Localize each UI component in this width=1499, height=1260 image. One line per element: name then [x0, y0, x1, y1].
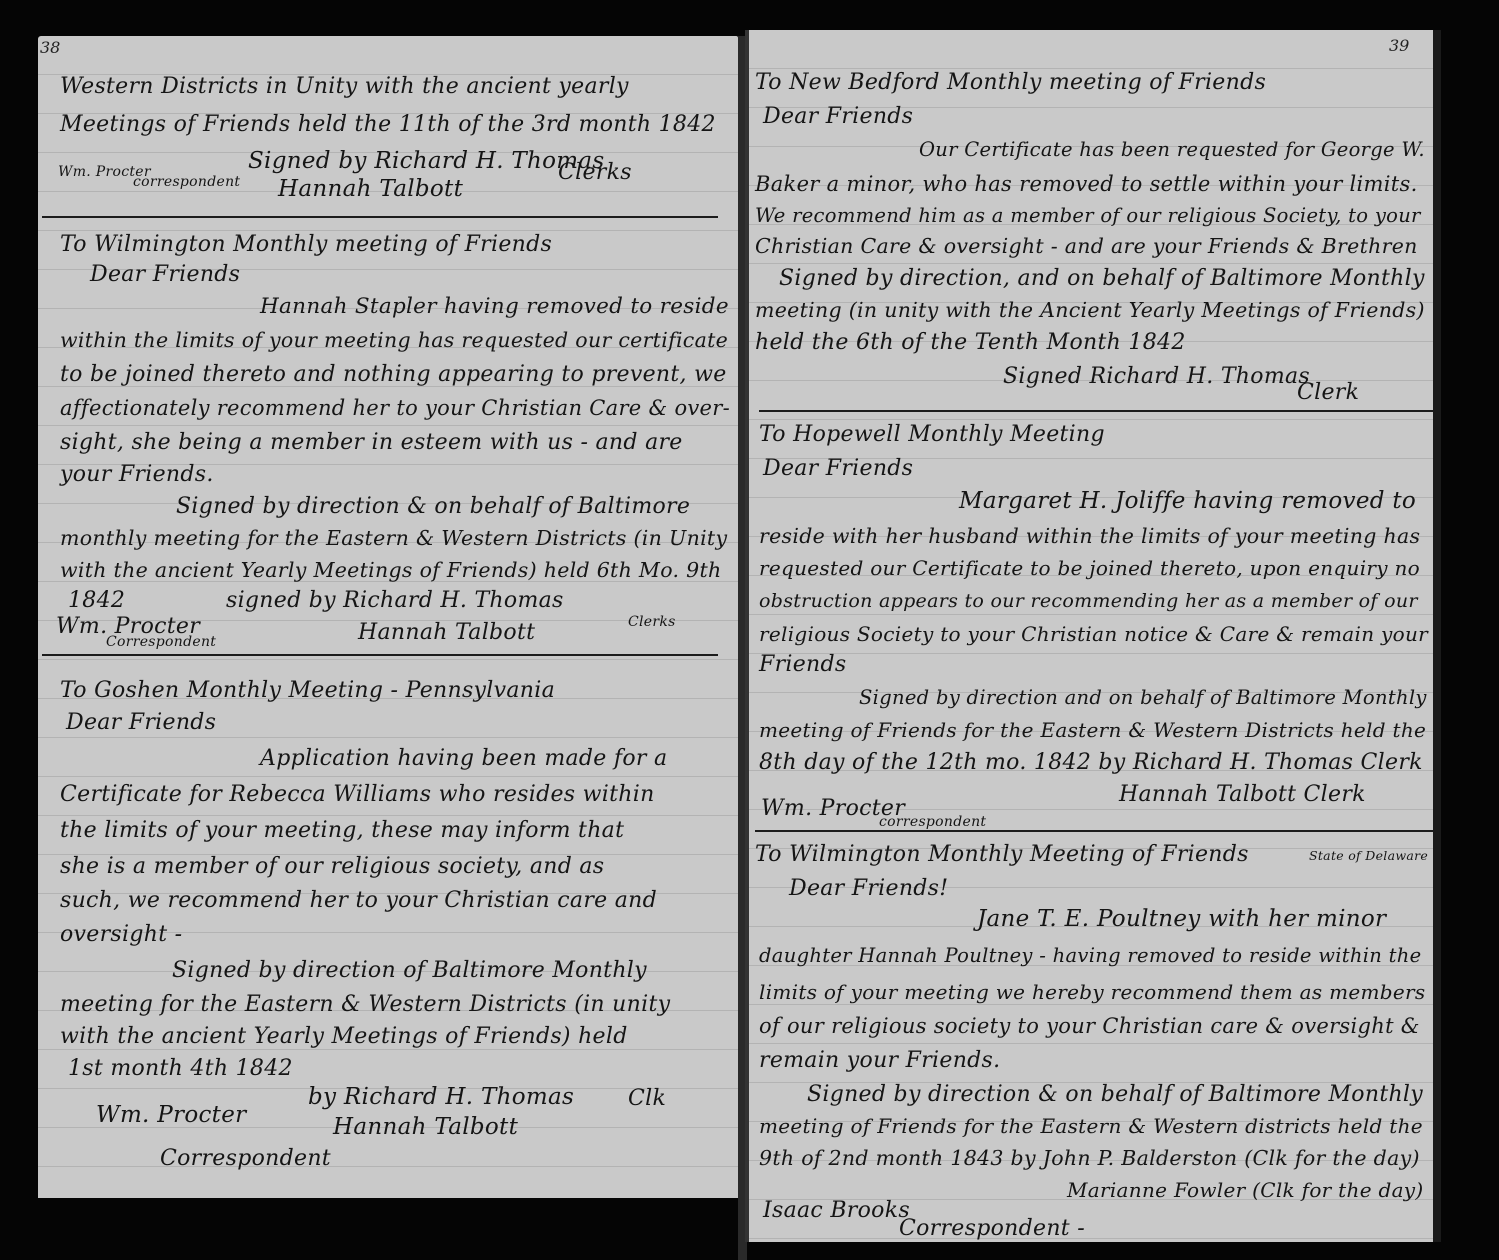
salutation: Dear Friends	[763, 456, 913, 481]
text-line: We recommend him as a member of our reli…	[755, 204, 1421, 227]
text-line: Our Certificate has been requested for G…	[919, 138, 1425, 161]
entry-divider	[755, 830, 1439, 832]
left-page: 38 Western Districts in Unity with the a…	[38, 36, 738, 1198]
text-line: within the limits of your meeting has re…	[60, 328, 728, 352]
text-line: Meetings of Friends held the 11th of the…	[60, 112, 716, 137]
page-edge	[1433, 30, 1441, 1242]
text-line: your Friends.	[60, 462, 214, 487]
text-line: Signed by direction and on behalf of Bal…	[859, 686, 1427, 709]
heading-note: State of Delaware	[1309, 848, 1428, 863]
text-line: of our religious society to your Christi…	[759, 1014, 1420, 1038]
page-number: 38	[40, 38, 60, 57]
text-line: with the ancient Yearly Meetings of Frie…	[60, 1024, 628, 1049]
salutation: Dear Friends	[90, 262, 240, 287]
cosigner: Hannah Talbott	[333, 1114, 518, 1140]
cosigner: Hannah Talbott	[358, 620, 535, 645]
text-line: the limits of your meeting, these may in…	[60, 818, 624, 843]
text-line: religious Society to your Christian noti…	[759, 622, 1428, 646]
entry-divider	[759, 410, 1439, 412]
text-line: Application having been made for a	[260, 746, 667, 771]
text-line: with the ancient Yearly Meetings of Frie…	[60, 558, 722, 582]
text-line: Western Districts in Unity with the anci…	[60, 74, 629, 99]
entry-heading: To Wilmington Monthly Meeting of Friends	[755, 842, 1249, 867]
correspondent-name: Wm. Procter	[96, 1102, 246, 1128]
entry-heading: To Wilmington Monthly meeting of Friends	[60, 232, 552, 257]
cosigner: Hannah Talbott	[278, 176, 463, 202]
signature-line: Signed by Richard H. Thomas	[248, 148, 605, 174]
entry-divider	[42, 216, 718, 218]
salutation: Dear Friends	[66, 710, 216, 735]
signature-line: signed by Richard H. Thomas	[226, 588, 564, 613]
text-line: monthly meeting for the Eastern & Wester…	[60, 526, 727, 550]
signature-line: Signed Richard H. Thomas	[1003, 364, 1310, 389]
correspondent-name: Isaac Brooks	[763, 1198, 910, 1223]
text-line: Christian Care & oversight - and are you…	[755, 234, 1418, 258]
text-line: affectionately recommend her to your Chr…	[60, 396, 730, 420]
clerk-label: Clk	[628, 1086, 666, 1111]
text-line: Signed by direction of Baltimore Monthly	[172, 958, 647, 983]
entry-heading: To Hopewell Monthly Meeting	[759, 422, 1105, 447]
text-line: Signed by direction & on behalf of Balti…	[176, 494, 690, 519]
text-line: obstruction appears to our recommending …	[759, 590, 1418, 612]
text-line: daughter Hannah Poultney - having remove…	[759, 944, 1422, 967]
text-line: Baker a minor, who has removed to settle…	[755, 172, 1418, 196]
text-line: Signed by direction, and on behalf of Ba…	[779, 266, 1425, 291]
text-line: Certificate for Rebecca Williams who res…	[60, 782, 655, 807]
signature-line: by Richard H. Thomas	[308, 1084, 574, 1110]
text-line: meeting of Friends for the Eastern & Wes…	[759, 718, 1426, 742]
cosigner: Marianne Fowler (Clk for the day)	[1067, 1178, 1424, 1202]
text-line: she is a member of our religious society…	[60, 854, 604, 879]
text-line: sight, she being a member in esteem with…	[60, 430, 683, 455]
correspondent-label: correspondent	[879, 814, 986, 830]
text-line: 1st month 4th 1842	[68, 1056, 293, 1081]
text-line: held the 6th of the Tenth Month 1842	[755, 330, 1186, 355]
salutation: Dear Friends	[763, 104, 913, 129]
right-page: 39 To New Bedford Monthly meeting of Fri…	[745, 30, 1437, 1242]
text-line: requested our Certificate to be joined t…	[759, 556, 1420, 580]
text-line: meeting of Friends for the Eastern & Wes…	[759, 1114, 1423, 1138]
text-line: such, we recommend her to your Christian…	[60, 888, 657, 913]
text-line: remain your Friends.	[759, 1048, 1000, 1073]
text-line: Margaret H. Joliffe having removed to	[959, 488, 1416, 514]
text-line: limits of your meeting we hereby recomme…	[759, 980, 1425, 1004]
text-line: to be joined thereto and nothing appeari…	[60, 362, 727, 387]
text-line: Hannah Stapler having removed to reside	[260, 294, 729, 319]
text-line: meeting for the Eastern & Western Distri…	[60, 992, 670, 1017]
text-line: Jane T. E. Poultney with her minor	[977, 906, 1386, 932]
text-line: 9th of 2nd month 1843 by John P. Balders…	[759, 1146, 1420, 1170]
text-line: oversight -	[60, 922, 182, 947]
correspondent-label: Correspondent -	[899, 1216, 1085, 1241]
clerk-label: Clerks	[558, 160, 632, 185]
salutation: Dear Friends!	[789, 876, 948, 901]
entry-divider	[42, 654, 718, 656]
text-line: reside with her husband within the limit…	[759, 524, 1420, 548]
clerk-label: Clerk	[1297, 380, 1359, 405]
page-number: 39	[1389, 36, 1409, 55]
clerk-label: Clerks	[628, 614, 676, 630]
correspondent-label: correspondent	[133, 174, 240, 190]
text-line: Friends	[759, 652, 846, 677]
correspondent-label: Correspondent	[106, 634, 216, 650]
text-line: meeting (in unity with the Ancient Yearl…	[755, 298, 1425, 322]
text-line: Signed by direction & on behalf of Balti…	[807, 1082, 1423, 1107]
entry-heading: To Goshen Monthly Meeting - Pennsylvania	[60, 678, 555, 703]
text-line: 1842	[68, 588, 125, 613]
entry-heading: To New Bedford Monthly meeting of Friend…	[755, 70, 1266, 95]
text-line: 8th day of the 12th mo. 1842 by Richard …	[759, 750, 1423, 775]
correspondent-label: Correspondent	[160, 1146, 331, 1171]
cosigner: Hannah Talbott Clerk	[1119, 782, 1366, 807]
